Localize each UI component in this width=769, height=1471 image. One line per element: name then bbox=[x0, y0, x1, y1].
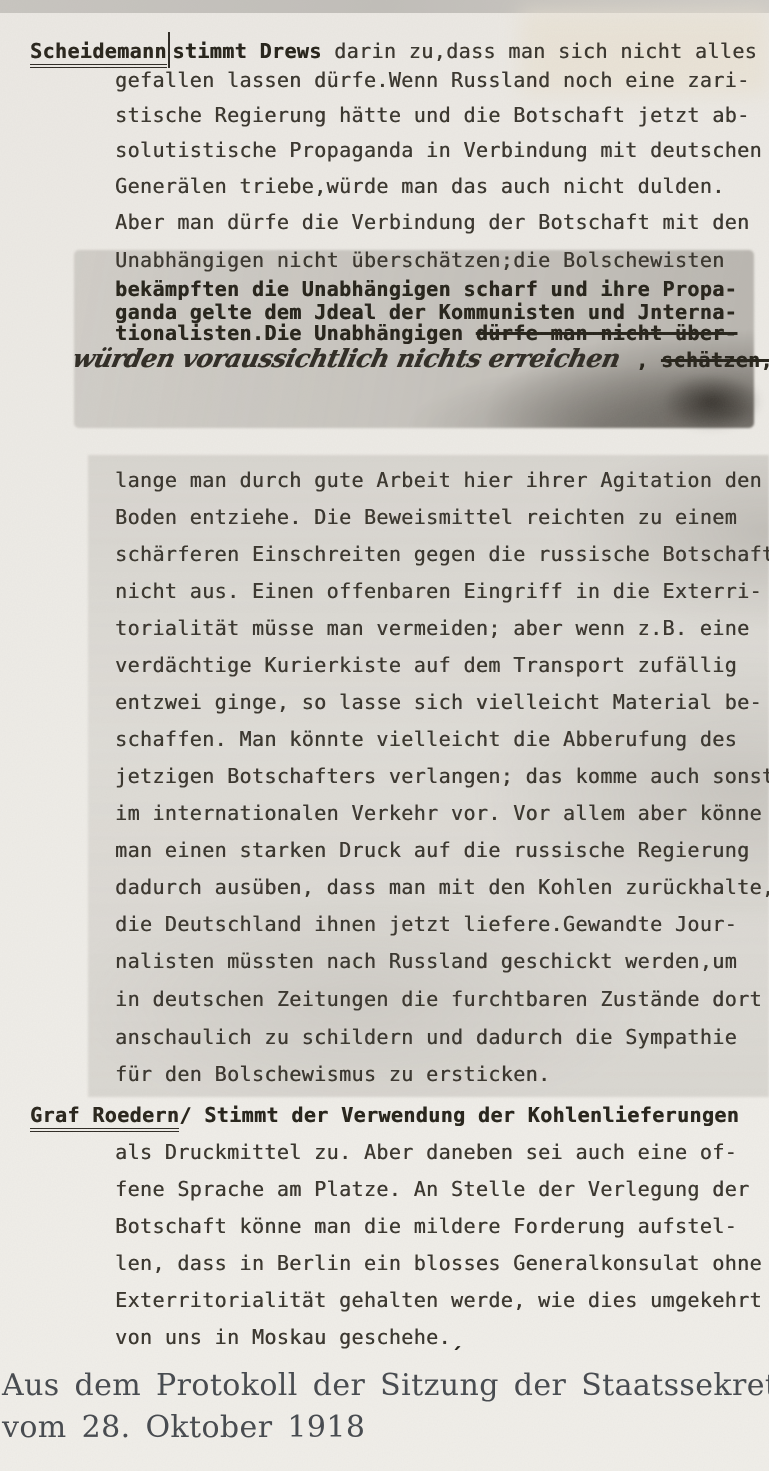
caption-line: Aus dem Protokoll der Sitzung der Staats… bbox=[2, 1366, 769, 1405]
speaker-name-roedern: Graf Roedern bbox=[30, 1103, 179, 1132]
paragraph-line: Unabhängigen nicht überschätzen;die Bols… bbox=[115, 248, 725, 273]
paragraph-first-line: Graf Roedern∕ Stimmt der Verwendung der … bbox=[30, 1103, 739, 1128]
paragraph-line: jetzigen Botschafters verlangen; das kom… bbox=[115, 764, 769, 789]
paragraph-line: schaffen. Man könnte vielleicht die Abbe… bbox=[115, 727, 737, 752]
handwritten-text: würden voraussichtlich nichts erreichen bbox=[70, 344, 623, 373]
paragraph-line: solutistische Propaganda in Verbindung m… bbox=[115, 138, 762, 163]
bold-typed-text: stimmt Drews bbox=[172, 39, 321, 63]
paragraph-line: nalisten müssten nach Russland geschickt… bbox=[115, 949, 737, 974]
paragraph-line: man einen starken Druck auf die russisch… bbox=[115, 838, 750, 863]
paragraph-line: bekämpften die Unabhängigen scharf und i… bbox=[115, 277, 737, 302]
paragraph-line: als Druckmittel zu. Aber daneben sei auc… bbox=[115, 1140, 737, 1165]
paragraph-line: stische Regierung hätte und die Botschaf… bbox=[115, 103, 750, 128]
paragraph-line: schärferen Einschreiten gegen die russis… bbox=[115, 542, 769, 567]
paragraph-line-with-strikethrough: tionalisten.Die Unabhängigen dürfe man n… bbox=[115, 321, 737, 346]
pen-slash-mark: ∕ bbox=[179, 1103, 204, 1127]
paragraph-line: Botschaft könne man die mildere Forderun… bbox=[115, 1214, 737, 1239]
paragraph-line: die Deutschland ihnen jetzt liefere.Gewa… bbox=[115, 912, 737, 937]
typed-text: darin zu,dass man sich nicht alles bbox=[322, 39, 757, 63]
pen-end-mark: ˏ bbox=[451, 1325, 463, 1349]
paragraph-line: fene Sprache am Platze. An Stelle der Ve… bbox=[115, 1177, 750, 1202]
paragraph-line: entzwei ginge, so lasse sich vielleicht … bbox=[115, 690, 762, 715]
paragraph-line: len, dass in Berlin ein blosses Generalk… bbox=[115, 1251, 762, 1276]
typed-comma: , bbox=[624, 348, 661, 372]
handwritten-correction-line: würden voraussichtlich nichts erreichen … bbox=[73, 344, 769, 373]
typed-text: Stimmt der Verwendung der Kohlenlieferun… bbox=[204, 1103, 739, 1127]
paragraph-line: lange man durch gute Arbeit hier ihrer A… bbox=[115, 468, 762, 493]
paragraph-line: Exterritorialität gehalten werde, wie di… bbox=[115, 1288, 762, 1313]
paragraph-line: Boden entziehe. Die Beweismittel reichte… bbox=[115, 505, 737, 530]
typed-text: von uns in Moskau geschehe. bbox=[115, 1325, 451, 1349]
caption-line: vom 28. Oktober 1918 bbox=[2, 1408, 365, 1447]
paragraph-line: verdächtige Kurierkiste auf dem Transpor… bbox=[115, 653, 737, 678]
document-page: Scheidemannstimmt Drews darin zu,dass ma… bbox=[0, 0, 769, 1471]
speaker-name-scheidemann: Scheidemann bbox=[30, 39, 167, 68]
paragraph-line: Generälen triebe,würde man das auch nich… bbox=[115, 174, 725, 199]
paragraph-line: nicht aus. Einen offenbaren Eingriff in … bbox=[115, 579, 762, 604]
paragraph-line: torialität müsse man vermeiden; aber wen… bbox=[115, 616, 750, 641]
paragraph-line: gefallen lassen dürfe.Wenn Russland noch… bbox=[115, 68, 750, 93]
paragraph-line: dadurch ausüben, dass man mit den Kohlen… bbox=[115, 875, 769, 900]
insertion-caret-mark bbox=[168, 32, 171, 68]
paragraph-line: anschaulich zu schildern und dadurch die… bbox=[115, 1025, 737, 1050]
paragraph-line: für den Bolschewismus zu ersticken. bbox=[115, 1062, 550, 1087]
struck-typed-text: schätzen, bbox=[661, 348, 769, 372]
paragraph-first-line: Scheidemannstimmt Drews darin zu,dass ma… bbox=[30, 32, 757, 68]
typed-text: tionalisten.Die Unabhängigen bbox=[115, 321, 476, 345]
struck-typed-text: dürfe man nicht über- bbox=[476, 321, 737, 345]
paragraph-line: Aber man dürfe die Verbindung der Botsch… bbox=[115, 210, 750, 235]
paragraph-line: im internationalen Verkehr vor. Vor alle… bbox=[115, 801, 762, 826]
paragraph-line: in deutschen Zeitungen die furchtbaren Z… bbox=[115, 987, 762, 1012]
paragraph-last-line: von uns in Moskau geschehe.ˏ bbox=[115, 1325, 463, 1350]
